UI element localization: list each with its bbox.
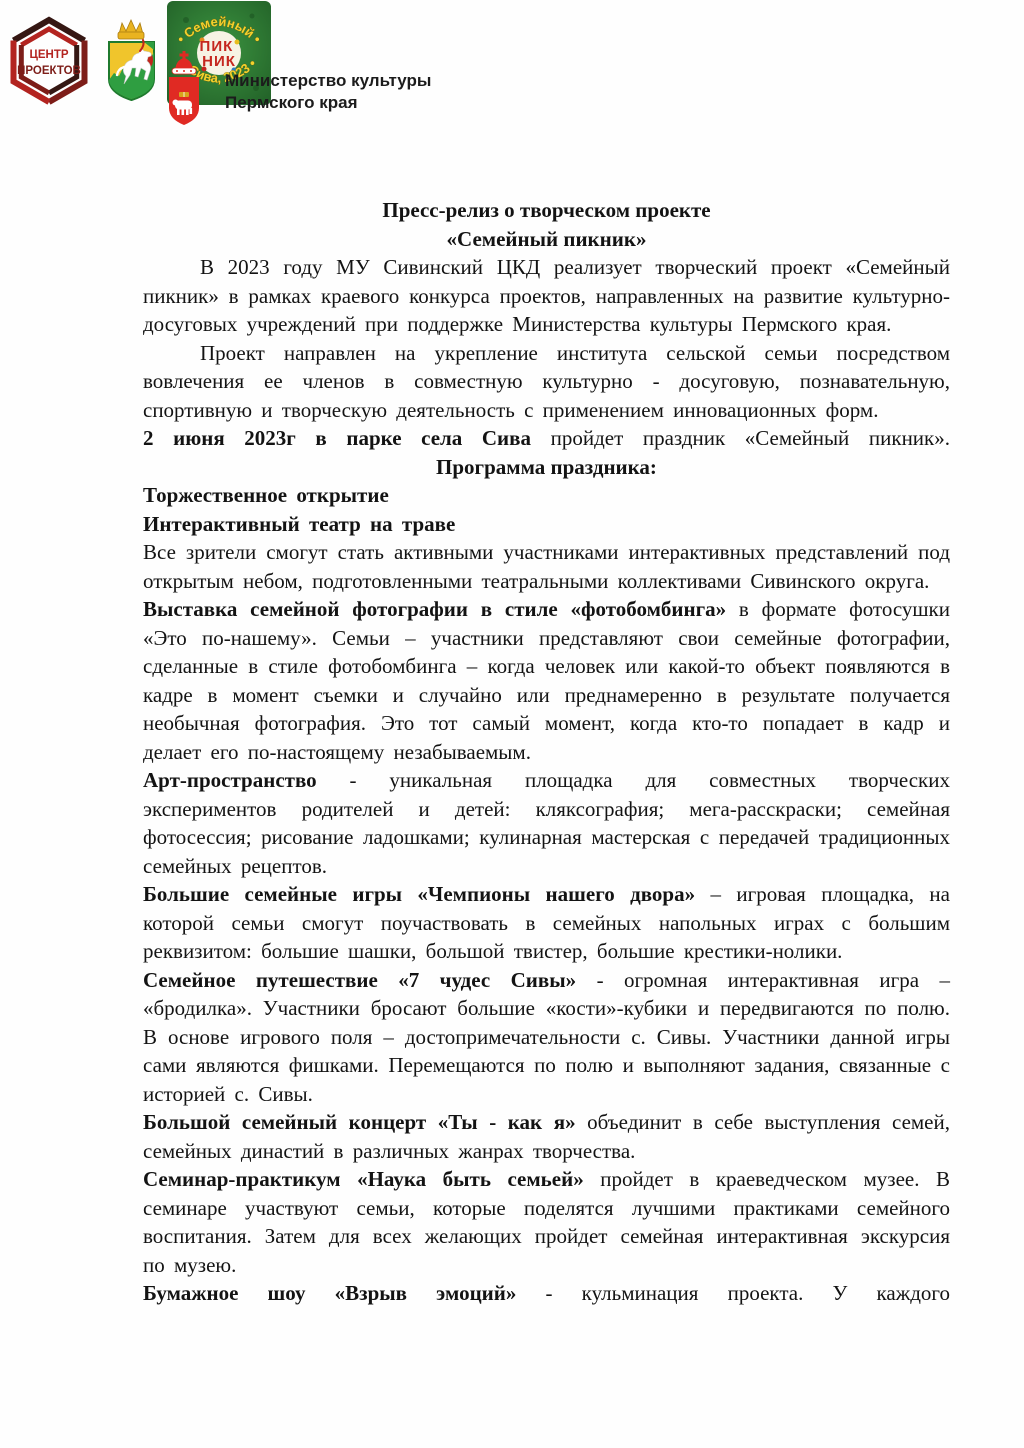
paragraph: Арт-пространство - уникальная площадка д… — [143, 766, 950, 880]
paragraph: Все зрители смогут стать активными участ… — [143, 538, 950, 595]
title-line-2: «Семейный пикник» — [143, 225, 950, 254]
paragraph-bold-lead: Большой семейный концерт «Ты - как я» — [143, 1110, 576, 1134]
paragraph-text: Все зрители смогут стать активными участ… — [143, 540, 950, 593]
paragraph: Бумажное шоу «Взрыв эмоций» - кульминаци… — [143, 1279, 950, 1308]
svg-text:ПИК НИК: ПИК НИК — [200, 38, 239, 70]
center-of-projects-line1: ЦЕНТР — [29, 49, 68, 61]
title-line-1: Пресс-релиз о творческом проекте — [143, 196, 950, 225]
document-header: Министерство культуры Пермского края ЦЕН… — [0, 0, 1024, 196]
paragraph-bold-lead: Семейное путешествие «7 чудес Сивы» — [143, 968, 576, 992]
paragraph: 2 июня 2023г в парке села Сива пройдет п… — [143, 424, 950, 453]
document-title: Пресс-релиз о творческом проекте «Семейн… — [143, 196, 950, 253]
paragraph: Торжественное открытие — [143, 481, 950, 510]
paragraph: В 2023 году МУ Сивинский ЦКД реализует т… — [143, 253, 950, 339]
paragraph: Большой семейный концерт «Ты - как я» об… — [143, 1108, 950, 1165]
center-of-projects-line2: ПРОЕКТОВ — [17, 65, 81, 77]
paragraph: Большие семейные игры «Чемпионы нашего д… — [143, 880, 950, 966]
paragraph-bold-lead: Бумажное шоу «Взрыв эмоций» — [143, 1281, 516, 1305]
paragraph-text: в формате фотосушки «Это по-нашему». Сем… — [143, 597, 950, 764]
paragraph-bold-lead: Выставка семейной фотографии в стиле «фо… — [143, 597, 726, 621]
paragraph-text: - кульминация проекта. У каждого — [516, 1281, 950, 1305]
paragraph-bold-lead: Большие семейные игры «Чемпионы нашего д… — [143, 882, 695, 906]
document-text-area: Пресс-релиз о творческом проекте «Семейн… — [143, 196, 950, 1308]
paragraph: Семейное путешествие «7 чудес Сивы» - ог… — [143, 966, 950, 1109]
paragraph-text: Проект направлен на укрепление института… — [143, 341, 950, 422]
paragraph: Интерактивный театр на траве — [143, 510, 950, 539]
paragraph-text: пройдет праздник «Семейный пикник». — [531, 426, 950, 450]
paragraph: Программа праздника: — [143, 453, 950, 482]
ministry-label-line2: Пермского края — [225, 92, 435, 114]
paragraph-bold-lead: Торжественное открытие — [143, 483, 389, 507]
paragraph: Выставка семейной фотографии в стиле «фо… — [143, 595, 950, 766]
paragraph-bold-lead: Арт-пространство — [143, 768, 317, 792]
ministry-of-culture-label: Министерство культуры Пермского края — [225, 70, 435, 114]
picnic-word-nik: НИК — [202, 53, 236, 70]
ministry-label-line1: Министерство культуры — [225, 70, 435, 92]
paragraph-bold-lead: Семинар-практикум «Наука быть семьей» — [143, 1167, 584, 1191]
page: Министерство культуры Пермского края ЦЕН… — [0, 0, 1024, 1448]
document-body: В 2023 году МУ Сивинский ЦКД реализует т… — [143, 253, 950, 1308]
center-of-projects-logo: ЦЕНТР ПРОЕКТОВ — [0, 14, 98, 106]
paragraph-bold-lead: 2 июня 2023г в парке села Сива — [143, 426, 531, 450]
ministry-of-culture-crest-icon — [166, 50, 202, 128]
paragraph-bold-lead: Программа праздника: — [436, 455, 657, 479]
paragraph-bold-lead: Интерактивный театр на траве — [143, 512, 455, 536]
paragraph-text: В 2023 году МУ Сивинский ЦКД реализует т… — [143, 255, 950, 336]
paragraph: Проект направлен на укрепление института… — [143, 339, 950, 425]
paragraph: Семинар-практикум «Наука быть семьей» пр… — [143, 1165, 950, 1279]
siva-coat-of-arms-icon — [102, 18, 162, 106]
